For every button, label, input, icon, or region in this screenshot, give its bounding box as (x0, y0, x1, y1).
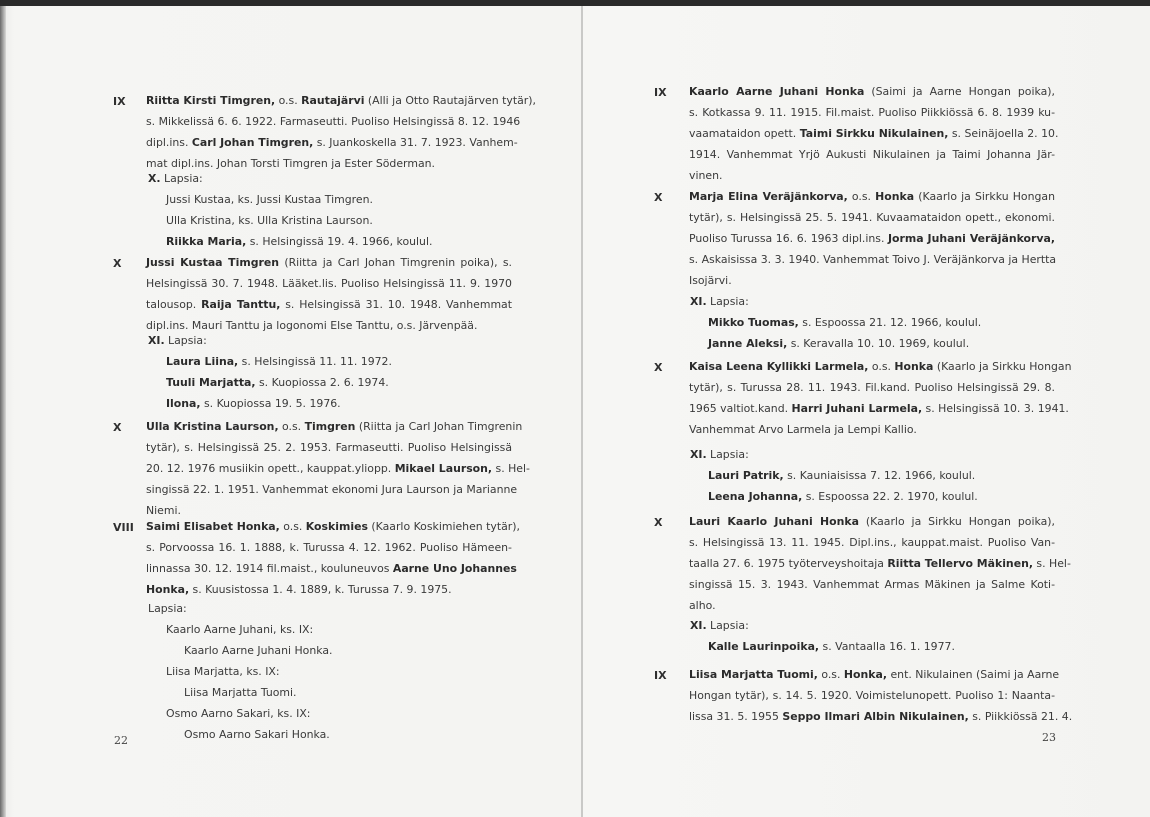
page-edge (0, 6, 6, 817)
bold-name: Ilona, (166, 397, 201, 410)
bold-name: Ulla Kristina Laurson, (146, 420, 279, 433)
entry-line: tytär), s. Turussa 28. 11. 1943. Fil.kan… (689, 377, 1055, 398)
generation-marker: X (654, 191, 662, 204)
generation-marker: VIII (113, 521, 134, 534)
genealogy-entry: Jussi Kustaa Timgren (Riitta ja Carl Joh… (146, 252, 512, 336)
entry-line: Ulla Kristina Laurson, o.s. Timgren (Rii… (146, 416, 512, 437)
bold-name: Lauri Kaarlo Juhani Honka (689, 515, 859, 528)
bold-name: Koskimies (306, 520, 368, 533)
entry-line: s. Mikkelissä 6. 6. 1922. Farmaseutti. P… (146, 111, 512, 132)
child-item: Osmo Aarno Sakari, ks. IX: (148, 703, 333, 724)
entry-line: vaamataidon opett. Taimi Sirkku Nikulain… (689, 123, 1055, 144)
child-item: Janne Aleksi, s. Keravalla 10. 10. 1969,… (690, 333, 981, 354)
generation-marker: X (654, 361, 662, 374)
child-item: Ilona, s. Kuopiossa 19. 5. 1976. (148, 393, 392, 414)
child-item: Liisa Marjatta, ks. IX: (148, 661, 333, 682)
child-item: Leena Johanna, s. Espoossa 22. 2. 1970, … (690, 486, 978, 507)
genealogy-entry: Kaisa Leena Kyllikki Larmela, o.s. Honka… (689, 356, 1055, 440)
children-heading: XI. Lapsia: (690, 615, 955, 636)
bold-name: Taimi Sirkku Nikulainen, (800, 127, 949, 140)
entry-line: Puoliso Turussa 16. 6. 1963 dipl.ins. Jo… (689, 228, 1055, 249)
bold-name: Raija Tanttu, (201, 298, 280, 311)
entry-line: Liisa Marjatta Tuomi, o.s. Honka, ent. N… (689, 664, 1055, 685)
children-heading: XI. Lapsia: (690, 444, 978, 465)
bold-name: Riikka Maria, (166, 235, 246, 248)
child-item: Lauri Patrik, s. Kauniaisissa 7. 12. 196… (690, 465, 978, 486)
bold-name: Mikko Tuomas, (708, 316, 799, 329)
children-list: XI. Lapsia:Laura Liina, s. Helsingissä 1… (148, 330, 392, 414)
child-reference: Osmo Aarno Sakari Honka. (148, 724, 333, 745)
entry-line: Lauri Kaarlo Juhani Honka (Kaarlo ja Sir… (689, 511, 1055, 532)
entry-line: talousop. Raija Tanttu, s. Helsingissä 3… (146, 294, 512, 315)
generation-marker: IX (654, 86, 667, 99)
entry-line: Helsingissä 30. 7. 1948. Lääket.lis. Puo… (146, 273, 512, 294)
bold-name: Liisa Marjatta Tuomi, (689, 668, 818, 681)
genealogy-entry: Marja Elina Veräjänkorva, o.s. Honka (Ka… (689, 186, 1055, 291)
children-heading: X. Lapsia: (148, 168, 432, 189)
children-list: X. Lapsia:Jussi Kustaa, ks. Jussi Kustaa… (148, 168, 432, 252)
bold-name: Honka, (146, 583, 189, 596)
entry-line: 1914. Vanhemmat Yrjö Aukusti Nikulainen … (689, 144, 1055, 165)
child-item: Riikka Maria, s. Helsingissä 19. 4. 1966… (148, 231, 432, 252)
bold-name: Harri Juhani Larmela, (792, 402, 923, 415)
entry-line: Hongan tytär), s. 14. 5. 1920. Voimistel… (689, 685, 1055, 706)
entry-line: Kaarlo Aarne Juhani Honka (Saimi ja Aarn… (689, 81, 1055, 102)
children-heading: Lapsia: (148, 598, 333, 619)
bold-name: Aarne Uno Johannes (393, 562, 517, 575)
children-list: XI. Lapsia:Lauri Patrik, s. Kauniaisissa… (690, 444, 978, 507)
bold-name: Riitta Kirsti Timgren, (146, 94, 275, 107)
child-item: Tuuli Marjatta, s. Kuopiossa 2. 6. 1974. (148, 372, 392, 393)
entry-line: 20. 12. 1976 musiikin opett., kauppat.yl… (146, 458, 512, 479)
entry-line: singissä 22. 1. 1951. Vanhemmat ekonomi … (146, 479, 512, 500)
entry-line: 1965 valtiot.kand. Harri Juhani Larmela,… (689, 398, 1055, 419)
bold-name: Lauri Patrik, (708, 469, 784, 482)
entry-line: linnassa 30. 12. 1914 fil.maist., koulun… (146, 558, 512, 579)
bold-name: Honka, (844, 668, 887, 681)
genealogy-entry: Liisa Marjatta Tuomi, o.s. Honka, ent. N… (689, 664, 1055, 727)
entry-line: alho. (689, 595, 1055, 616)
generation-marker: X (654, 516, 662, 529)
entry-line: Vanhemmat Arvo Larmela ja Lempi Kallio. (689, 419, 1055, 440)
bold-name: Jorma Juhani Veräjänkorva, (888, 232, 1055, 245)
bold-name: Honka (894, 360, 933, 373)
entry-line: singissä 15. 3. 1943. Vanhemmat Armas Mä… (689, 574, 1055, 595)
bold-name: Janne Aleksi, (708, 337, 787, 350)
bold-name: Riitta Tellervo Mäkinen, (887, 557, 1033, 570)
bold-name: Honka (875, 190, 914, 203)
entry-line: s. Askaisissa 3. 3. 1940. Vanhemmat Toiv… (689, 249, 1055, 270)
bold-name: Kalle Laurinpoika, (708, 640, 819, 653)
genealogy-entry: Kaarlo Aarne Juhani Honka (Saimi ja Aarn… (689, 81, 1055, 186)
bold-name: Kaisa Leena Kyllikki Larmela, (689, 360, 868, 373)
entry-line: dipl.ins. Carl Johan Timgren, s. Juankos… (146, 132, 512, 153)
bold-name: Leena Johanna, (708, 490, 802, 503)
genealogy-entry: Riitta Kirsti Timgren, o.s. Rautajärvi (… (146, 90, 512, 174)
generation-marker: IX (113, 95, 126, 108)
children-heading: XI. Lapsia: (690, 291, 981, 312)
page-number-left: 22 (114, 734, 128, 747)
child-item: Laura Liina, s. Helsingissä 11. 11. 1972… (148, 351, 392, 372)
entry-line: s. Helsingissä 13. 11. 1945. Dipl.ins., … (689, 532, 1055, 553)
bold-name: Mikael Laurson, (395, 462, 492, 475)
children-list: XI. Lapsia:Mikko Tuomas, s. Espoossa 21.… (690, 291, 981, 354)
children-heading: XI. Lapsia: (148, 330, 392, 351)
generation-marker: X (113, 257, 121, 270)
entry-line: Honka, s. Kuusistossa 1. 4. 1889, k. Tur… (146, 579, 512, 600)
entry-line: Riitta Kirsti Timgren, o.s. Rautajärvi (… (146, 90, 512, 111)
bold-name: Marja Elina Veräjänkorva, (689, 190, 848, 203)
bold-name: Seppo Ilmari Albin Nikulainen, (782, 710, 968, 723)
child-item: Kalle Laurinpoika, s. Vantaalla 16. 1. 1… (690, 636, 955, 657)
child-item: Ulla Kristina, ks. Ulla Kristina Laurson… (148, 210, 432, 231)
bold-name: Kaarlo Aarne Juhani Honka (689, 85, 864, 98)
child-reference: Liisa Marjatta Tuomi. (148, 682, 333, 703)
generation-marker: X (113, 421, 121, 434)
child-item: Jussi Kustaa, ks. Jussi Kustaa Timgren. (148, 189, 432, 210)
bold-name: Laura Liina, (166, 355, 238, 368)
entry-line: s. Porvoossa 16. 1. 1888, k. Turussa 4. … (146, 537, 512, 558)
entry-line: taalla 27. 6. 1975 työterveyshoitaja Rii… (689, 553, 1055, 574)
entry-line: s. Kotkassa 9. 11. 1915. Fil.maist. Puol… (689, 102, 1055, 123)
generation-marker: IX (654, 669, 667, 682)
bold-name: Timgren (305, 420, 356, 433)
entry-line: tytär), s. Helsingissä 25. 2. 1953. Farm… (146, 437, 512, 458)
genealogy-entry: Lauri Kaarlo Juhani Honka (Kaarlo ja Sir… (689, 511, 1055, 616)
children-list: XI. Lapsia:Kalle Laurinpoika, s. Vantaal… (690, 615, 955, 657)
genealogy-entry: Saimi Elisabet Honka, o.s. Koskimies (Ka… (146, 516, 512, 600)
book-spine (581, 6, 583, 817)
bold-name: Jussi Kustaa Timgren (146, 256, 279, 269)
bold-name: Tuuli Marjatta, (166, 376, 256, 389)
page-number-right: 23 (1042, 731, 1056, 744)
entry-line: lissa 31. 5. 1955 Seppo Ilmari Albin Nik… (689, 706, 1055, 727)
entry-line: Isojärvi. (689, 270, 1055, 291)
child-item: Mikko Tuomas, s. Espoossa 21. 12. 1966, … (690, 312, 981, 333)
entry-line: Saimi Elisabet Honka, o.s. Koskimies (Ka… (146, 516, 512, 537)
bold-name: Saimi Elisabet Honka, (146, 520, 280, 533)
children-list: Lapsia:Kaarlo Aarne Juhani, ks. IX:Kaarl… (148, 598, 333, 745)
bold-name: Carl Johan Timgren, (192, 136, 313, 149)
bold-name: Rautajärvi (301, 94, 364, 107)
child-reference: Kaarlo Aarne Juhani Honka. (148, 640, 333, 661)
entry-line: Marja Elina Veräjänkorva, o.s. Honka (Ka… (689, 186, 1055, 207)
genealogy-entry: Ulla Kristina Laurson, o.s. Timgren (Rii… (146, 416, 512, 521)
book-spread: IXRiitta Kirsti Timgren, o.s. Rautajärvi… (0, 6, 1150, 817)
entry-line: Jussi Kustaa Timgren (Riitta ja Carl Joh… (146, 252, 512, 273)
entry-line: tytär), s. Helsingissä 25. 5. 1941. Kuva… (689, 207, 1055, 228)
entry-line: vinen. (689, 165, 1055, 186)
entry-line: Kaisa Leena Kyllikki Larmela, o.s. Honka… (689, 356, 1055, 377)
child-item: Kaarlo Aarne Juhani, ks. IX: (148, 619, 333, 640)
